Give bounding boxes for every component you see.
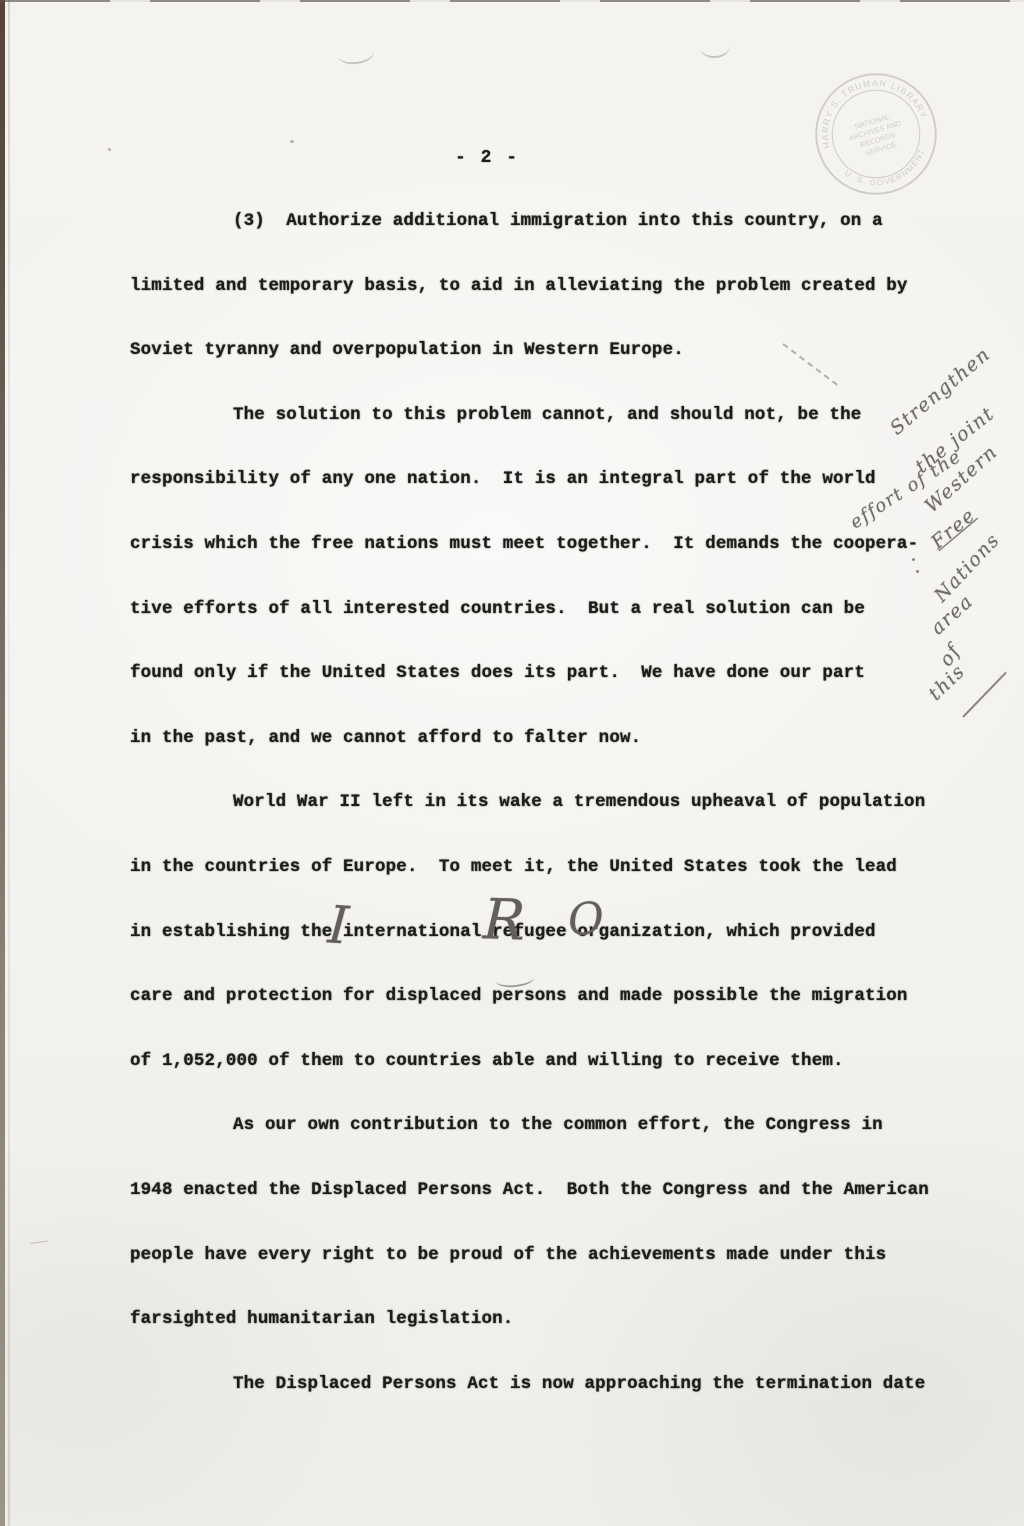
typewritten-line: responsibility of any one nation. It is … <box>130 469 876 489</box>
edit-mark-capital-r: R <box>482 892 526 949</box>
typewritten-line: in the countries of Europe. To meet it, … <box>130 857 897 877</box>
scanned-document-page: HARRY S. TRUMAN LIBRARY U. S. GOVERNMENT… <box>0 0 1024 1526</box>
margin-note-slash <box>962 672 1007 718</box>
typewritten-line: Soviet tyranny and overpopulation in Wes… <box>130 340 684 360</box>
typewritten-line: As our own contribution to the common ef… <box>233 1115 883 1135</box>
library-stamp: HARRY S. TRUMAN LIBRARY U. S. GOVERNMENT… <box>796 54 956 214</box>
typewritten-line: people have every right to be proud of t… <box>130 1245 886 1265</box>
paper-speck <box>290 140 294 143</box>
paper-crease-curve <box>337 42 375 67</box>
paper-crease-curve <box>699 35 730 59</box>
pencil-dash-mark <box>782 343 838 386</box>
typewritten-line: care and protection for displaced person… <box>130 986 908 1006</box>
typewritten-line: of 1,052,000 of them to countries able a… <box>130 1051 844 1071</box>
scan-crease-line <box>8 0 10 1526</box>
paper-speck <box>30 1240 48 1243</box>
page-number: - 2 - <box>455 148 519 168</box>
typewritten-line: The Displaced Persons Act is now approac… <box>233 1374 925 1394</box>
edit-mark-capital-o: O <box>567 897 606 943</box>
typewritten-line: crisis which the free nations must meet … <box>130 534 918 554</box>
typewritten-line: limited and temporary basis, to aid in a… <box>130 276 908 296</box>
typewritten-line: in the past, and we cannot afford to fal… <box>130 728 641 748</box>
typewritten-line: The solution to this problem cannot, and… <box>233 405 861 425</box>
typewritten-line: tive efforts of all interested countries… <box>130 599 865 619</box>
typewritten-line: 1948 enacted the Displaced Persons Act. … <box>130 1180 929 1200</box>
scan-edge-top <box>0 0 1024 2</box>
typewritten-line: found only if the United States does its… <box>130 663 865 683</box>
paper-speck <box>108 148 111 151</box>
typewritten-line: farsighted humanitarian legislation. <box>130 1309 513 1329</box>
pencil-dot <box>916 570 919 573</box>
typewritten-line: World War II left in its wake a tremendo… <box>233 792 925 812</box>
scan-edge-strip <box>0 0 5 1526</box>
pencil-dot <box>912 558 915 561</box>
typewritten-line: (3) Authorize additional immigration int… <box>233 211 883 231</box>
margin-note-word: this <box>924 660 969 705</box>
edit-mark-capital-i: I <box>326 899 350 952</box>
